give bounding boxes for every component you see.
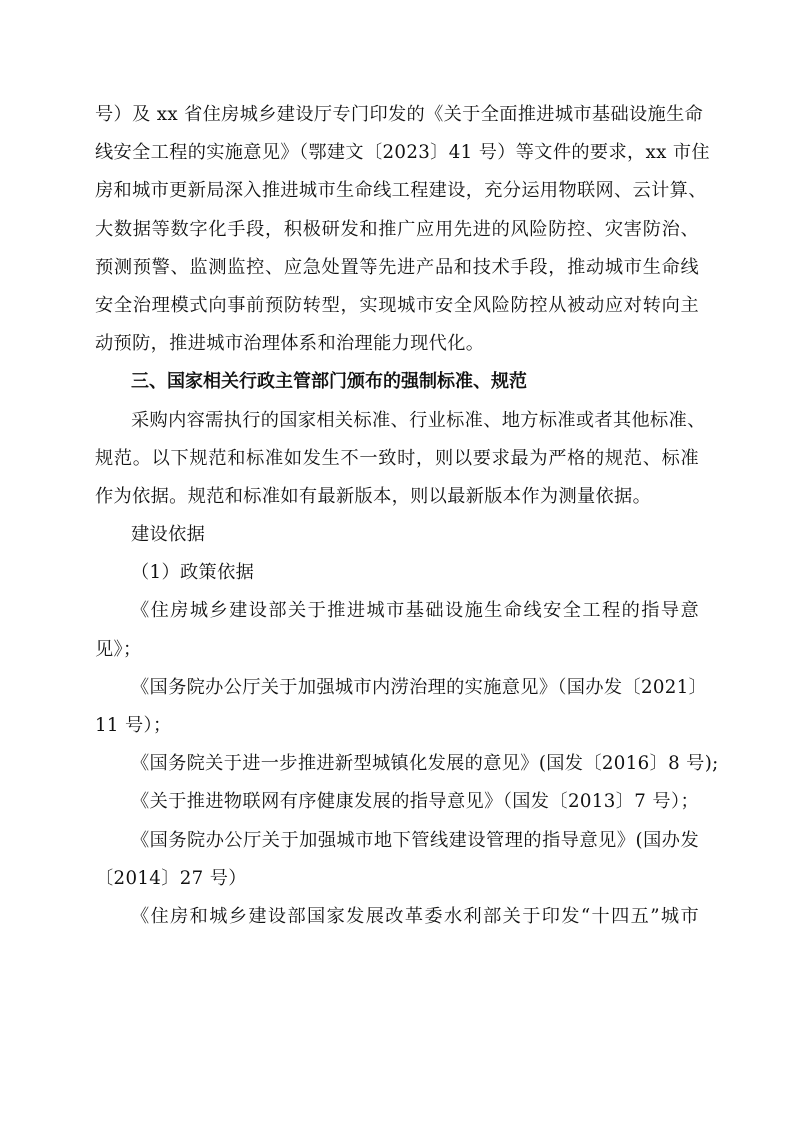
policy-item: 《住房城乡建设部关于推进城市基础设施生命线安全工程的指导意 见》；	[95, 592, 699, 668]
policy-item-line: 《国务院关于进一步推进新型城镇化发展的意见》(国发〔2016〕8 号);	[95, 745, 699, 783]
policy-item-line: 见》；	[95, 631, 699, 669]
paragraph-line: 大数据等数字化手段，积极研发和推广应用先进的风险防控、灾害防治、	[95, 211, 699, 249]
policy-item-line: 11 号）；	[95, 707, 699, 745]
document-page: 号）及 xx 省住房城乡建设厅专门印发的《关于全面推进城市基础设施生命 线安全工…	[95, 96, 699, 936]
basis-title: 建设依据	[95, 516, 699, 554]
section-heading: 三、国家相关行政主管部门颁布的强制标准、规范	[95, 363, 699, 401]
policy-list: 《住房城乡建设部关于推进城市基础设施生命线安全工程的指导意 见》； 《国务院办公…	[95, 592, 699, 936]
policy-item-line: 《国务院办公厅关于加强城市地下管线建设管理的指导意见》(国办发	[95, 822, 699, 860]
policy-item-line: 〔2014〕27 号）	[95, 860, 699, 898]
paragraph-line: 预测预警、监测监控、应急处置等先进产品和技术手段，推动城市生命线	[95, 249, 699, 287]
standards-paragraph: 采购内容需执行的国家相关标准、行业标准、地方标准或者其他标准、 规范。以下规范和…	[95, 402, 699, 517]
policy-item-line: 《关于推进物联网有序健康发展的指导意见》（国发〔2013〕7 号）；	[95, 783, 699, 821]
policy-item: 《关于推进物联网有序健康发展的指导意见》（国发〔2013〕7 号）；	[95, 783, 699, 821]
paragraph-line: 号）及 xx 省住房城乡建设厅专门印发的《关于全面推进城市基础设施生命	[95, 96, 699, 134]
paragraph-line: 规范。以下规范和标准如发生不一致时，则以要求最为严格的规范、标准	[95, 440, 699, 478]
paragraph-line: 采购内容需执行的国家相关标准、行业标准、地方标准或者其他标准、	[95, 402, 699, 440]
paragraph-line: 线安全工程的实施意见》（鄂建文〔2023〕41 号）等文件的要求，xx 市住	[95, 134, 699, 172]
paragraph-line: 安全治理模式向事前预防转型，实现城市安全风险防控从被动应对转向主	[95, 287, 699, 325]
paragraph-line: 作为依据。规范和标准如有最新版本，则以最新版本作为测量依据。	[95, 478, 699, 516]
policy-item-line: 《住房城乡建设部关于推进城市基础设施生命线安全工程的指导意	[95, 592, 699, 630]
policy-item: 《国务院关于进一步推进新型城镇化发展的意见》(国发〔2016〕8 号);	[95, 745, 699, 783]
policy-item-line: 《住房和城乡建设部国家发展改革委水利部关于印发“十四五”城市	[95, 898, 699, 936]
policy-item: 《国务院办公厅关于加强城市地下管线建设管理的指导意见》(国办发 〔2014〕27…	[95, 822, 699, 898]
policy-title: （1）政策依据	[95, 554, 699, 592]
paragraph-line: 动预防，推进城市治理体系和治理能力现代化。	[95, 325, 699, 363]
intro-paragraph: 号）及 xx 省住房城乡建设厅专门印发的《关于全面推进城市基础设施生命 线安全工…	[95, 96, 699, 363]
policy-item-line: 《国务院办公厅关于加强城市内涝治理的实施意见》（国办发〔2021〕	[95, 669, 699, 707]
policy-item: 《住房和城乡建设部国家发展改革委水利部关于印发“十四五”城市	[95, 898, 699, 936]
policy-item: 《国务院办公厅关于加强城市内涝治理的实施意见》（国办发〔2021〕 11 号）；	[95, 669, 699, 745]
paragraph-line: 房和城市更新局深入推进城市生命线工程建设，充分运用物联网、云计算、	[95, 172, 699, 210]
